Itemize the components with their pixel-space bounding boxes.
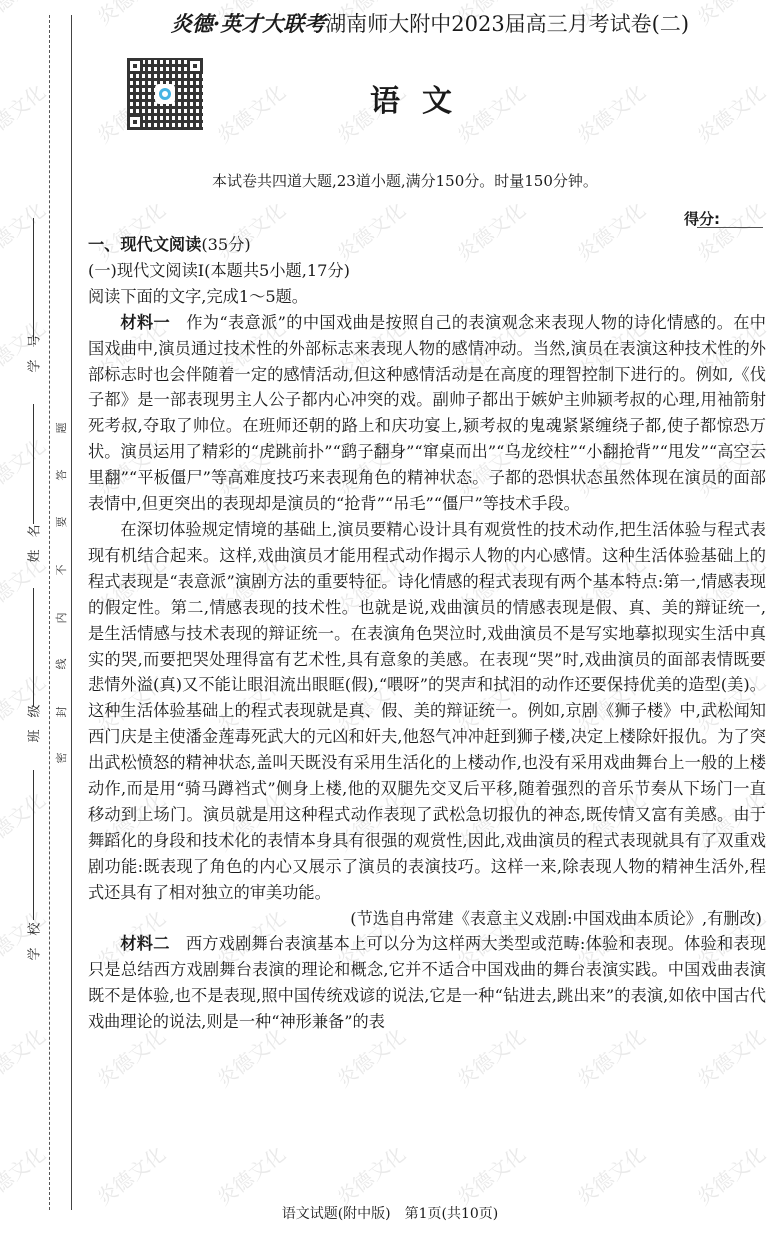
exam-intro: 本试卷共四道大题,23道小题,满分150分。时量150分钟。	[212, 170, 598, 191]
subsection-heading: (一)现代文阅读Ⅰ(本题共5小题,17分)	[88, 258, 766, 284]
school-line[interactable]	[33, 770, 34, 920]
seal-char: 封	[53, 706, 69, 718]
seal-char: 要	[53, 516, 69, 528]
material2-paragraph: 材料二西方戏剧舞台表演基本上可以分为这样两大类型或范畴:体验和表现。体验和表现只…	[88, 931, 766, 1035]
qr-finder-icon	[187, 58, 203, 74]
seal-char: 密	[53, 752, 69, 764]
app-logo-icon	[155, 84, 175, 104]
margin-solid-line	[71, 15, 72, 1210]
qr-code[interactable]	[127, 58, 203, 130]
qr-finder-icon	[127, 114, 143, 130]
exam-name: 湖南师大附中2023届高三月考试卷(二)	[325, 12, 689, 36]
reading-passage: 一、现代文阅读(35分) (一)现代文阅读Ⅰ(本题共5小题,17分) 阅读下面的…	[88, 232, 766, 1035]
seal-char: 线	[53, 658, 69, 670]
student-id-label: 学号	[24, 351, 43, 373]
subject-title: 语文	[370, 76, 474, 120]
seal-dashed-line	[49, 15, 50, 1210]
material1-paragraph-1: 材料一作为“表意派”的中国戏曲是按照自己的表演观念来表现人物的诗化情感的。在中国…	[88, 310, 766, 517]
score-label: 得分:	[684, 208, 720, 229]
seal-char: 答	[53, 469, 69, 481]
page-footer: 语文试题(附中版) 第1页(共10页)	[0, 1203, 780, 1223]
exam-title: 炎德·英才大联考湖南师大附中2023届高三月考试卷(二)	[120, 8, 740, 38]
material1-label: 材料一	[120, 313, 170, 332]
name-line[interactable]	[33, 404, 34, 524]
instruction: 阅读下面的文字,完成1～5题。	[88, 284, 766, 310]
class-line[interactable]	[33, 588, 34, 706]
qr-finder-icon	[127, 58, 143, 74]
material1-paragraph-2: 在深切体验规定情境的基础上,演员要精心设计具有观赏性的技术动作,把生活体验与程式…	[88, 517, 766, 906]
score-field[interactable]	[697, 227, 763, 228]
material2-label: 材料二	[120, 934, 169, 953]
name-label: 姓名	[24, 541, 43, 563]
section-heading: 一、现代文阅读(35分)	[88, 232, 766, 258]
brand-name: 炎德·英才大联考	[171, 11, 325, 36]
school-label: 学校	[24, 939, 43, 961]
class-label: 班级	[24, 721, 43, 743]
seal-char: 题	[53, 422, 69, 434]
seal-char: 内	[53, 612, 69, 624]
material1-source: (节选自冉常建《表意主义戏剧:中国戏曲本质论》,有删改)	[88, 906, 766, 932]
seal-char: 不	[53, 564, 69, 576]
